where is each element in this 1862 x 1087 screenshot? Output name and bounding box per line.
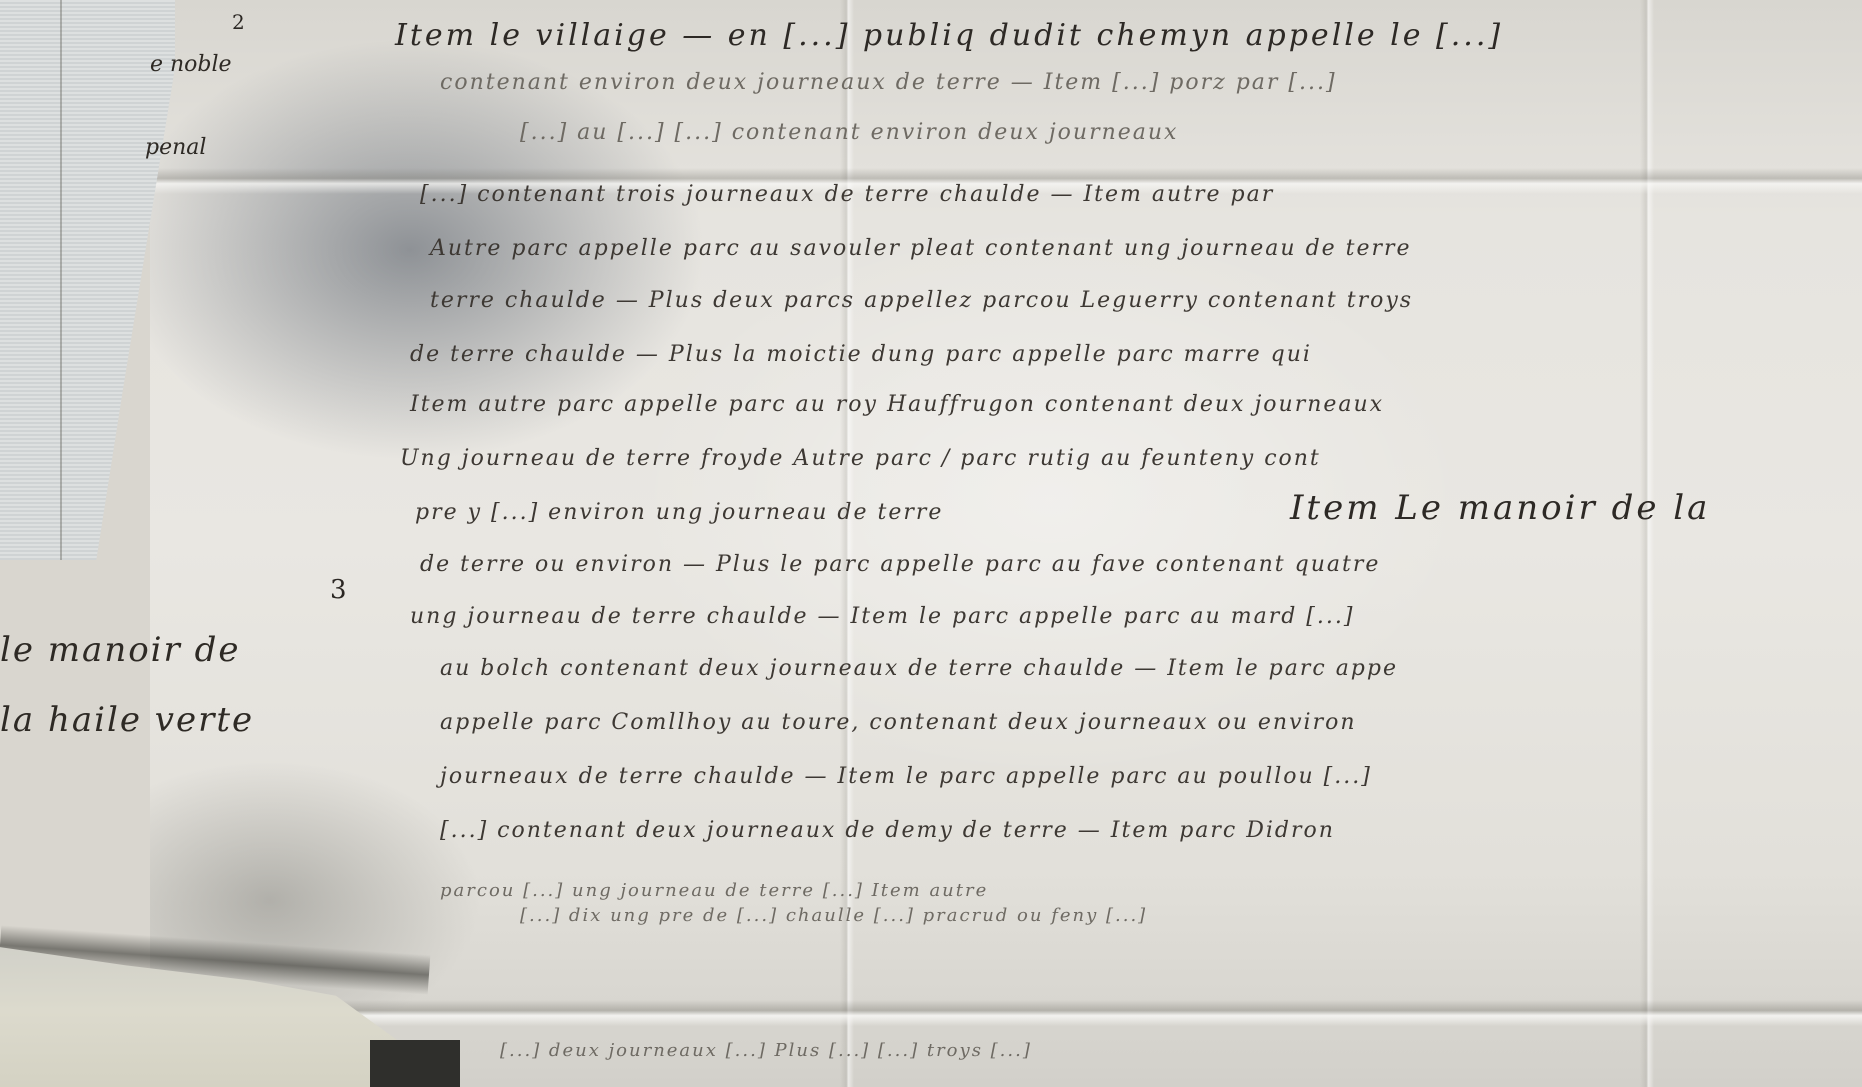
text-line-11: de terre ou environ — Plus le parc appel… <box>420 552 1380 577</box>
folio-number-top: 2 <box>232 10 245 34</box>
margin-note-penal: penal <box>145 135 206 160</box>
text-line-1: Item le villaige — en [...] publiq dudit… <box>395 18 1503 53</box>
text-line-18: [...] dix ung pre de [...] chaulle [...]… <box>520 905 1147 926</box>
cloth-hem <box>60 0 62 560</box>
section-label-line2: la haile verte <box>0 700 254 740</box>
text-line-12: ung journeau de terre chaulde — Item le … <box>410 604 1354 629</box>
text-line-4: [...] contenant trois journeaux de terre… <box>420 182 1274 207</box>
text-line-15: journeaux de terre chaulde — Item le par… <box>440 764 1372 789</box>
text-line-13: au bolch contenant deux journeaux de ter… <box>440 656 1398 681</box>
manuscript-photo: 2 e noble penal 3 le manoir de la haile … <box>0 0 1862 1087</box>
text-line-5: Autre parc appelle parc au savouler plea… <box>430 236 1412 261</box>
text-line-2: contenant environ deux journeaux de terr… <box>440 70 1337 95</box>
text-line-9: Ung journeau de terre froyde Autre parc … <box>400 446 1321 471</box>
margin-note-top: e noble <box>150 52 232 77</box>
text-line-7: de terre chaulde — Plus la moictie dung … <box>410 342 1312 367</box>
section-label-line1: le manoir de <box>0 630 241 670</box>
text-line-14: appelle parc Comllhoy au toure, contenan… <box>440 710 1357 735</box>
horizontal-fold-crease-bottom <box>150 1000 1862 1026</box>
text-line-17: parcou [...] ung journeau de terre [...]… <box>440 880 988 901</box>
text-line-19: [...] deux journeaux [...] Plus [...] [.… <box>500 1040 1032 1061</box>
text-line-16: [...] contenant deux journeaux de demy d… <box>440 818 1335 843</box>
text-line-3: [...] au [...] [...] contenant environ d… <box>520 120 1178 145</box>
folio-number: 3 <box>330 575 347 605</box>
dark-gap <box>370 1040 460 1087</box>
vertical-fold-crease <box>1640 0 1654 1087</box>
text-line-10: pre y [...] environ ung journeau de terr… <box>415 500 943 525</box>
cloth-backing-left <box>0 0 175 560</box>
text-line-8: Item autre parc appelle parc au roy Hauf… <box>410 392 1384 417</box>
text-line-6: terre chaulde — Plus deux parcs appellez… <box>430 288 1413 313</box>
section-heading-manoir: Item Le manoir de la <box>1290 488 1710 528</box>
